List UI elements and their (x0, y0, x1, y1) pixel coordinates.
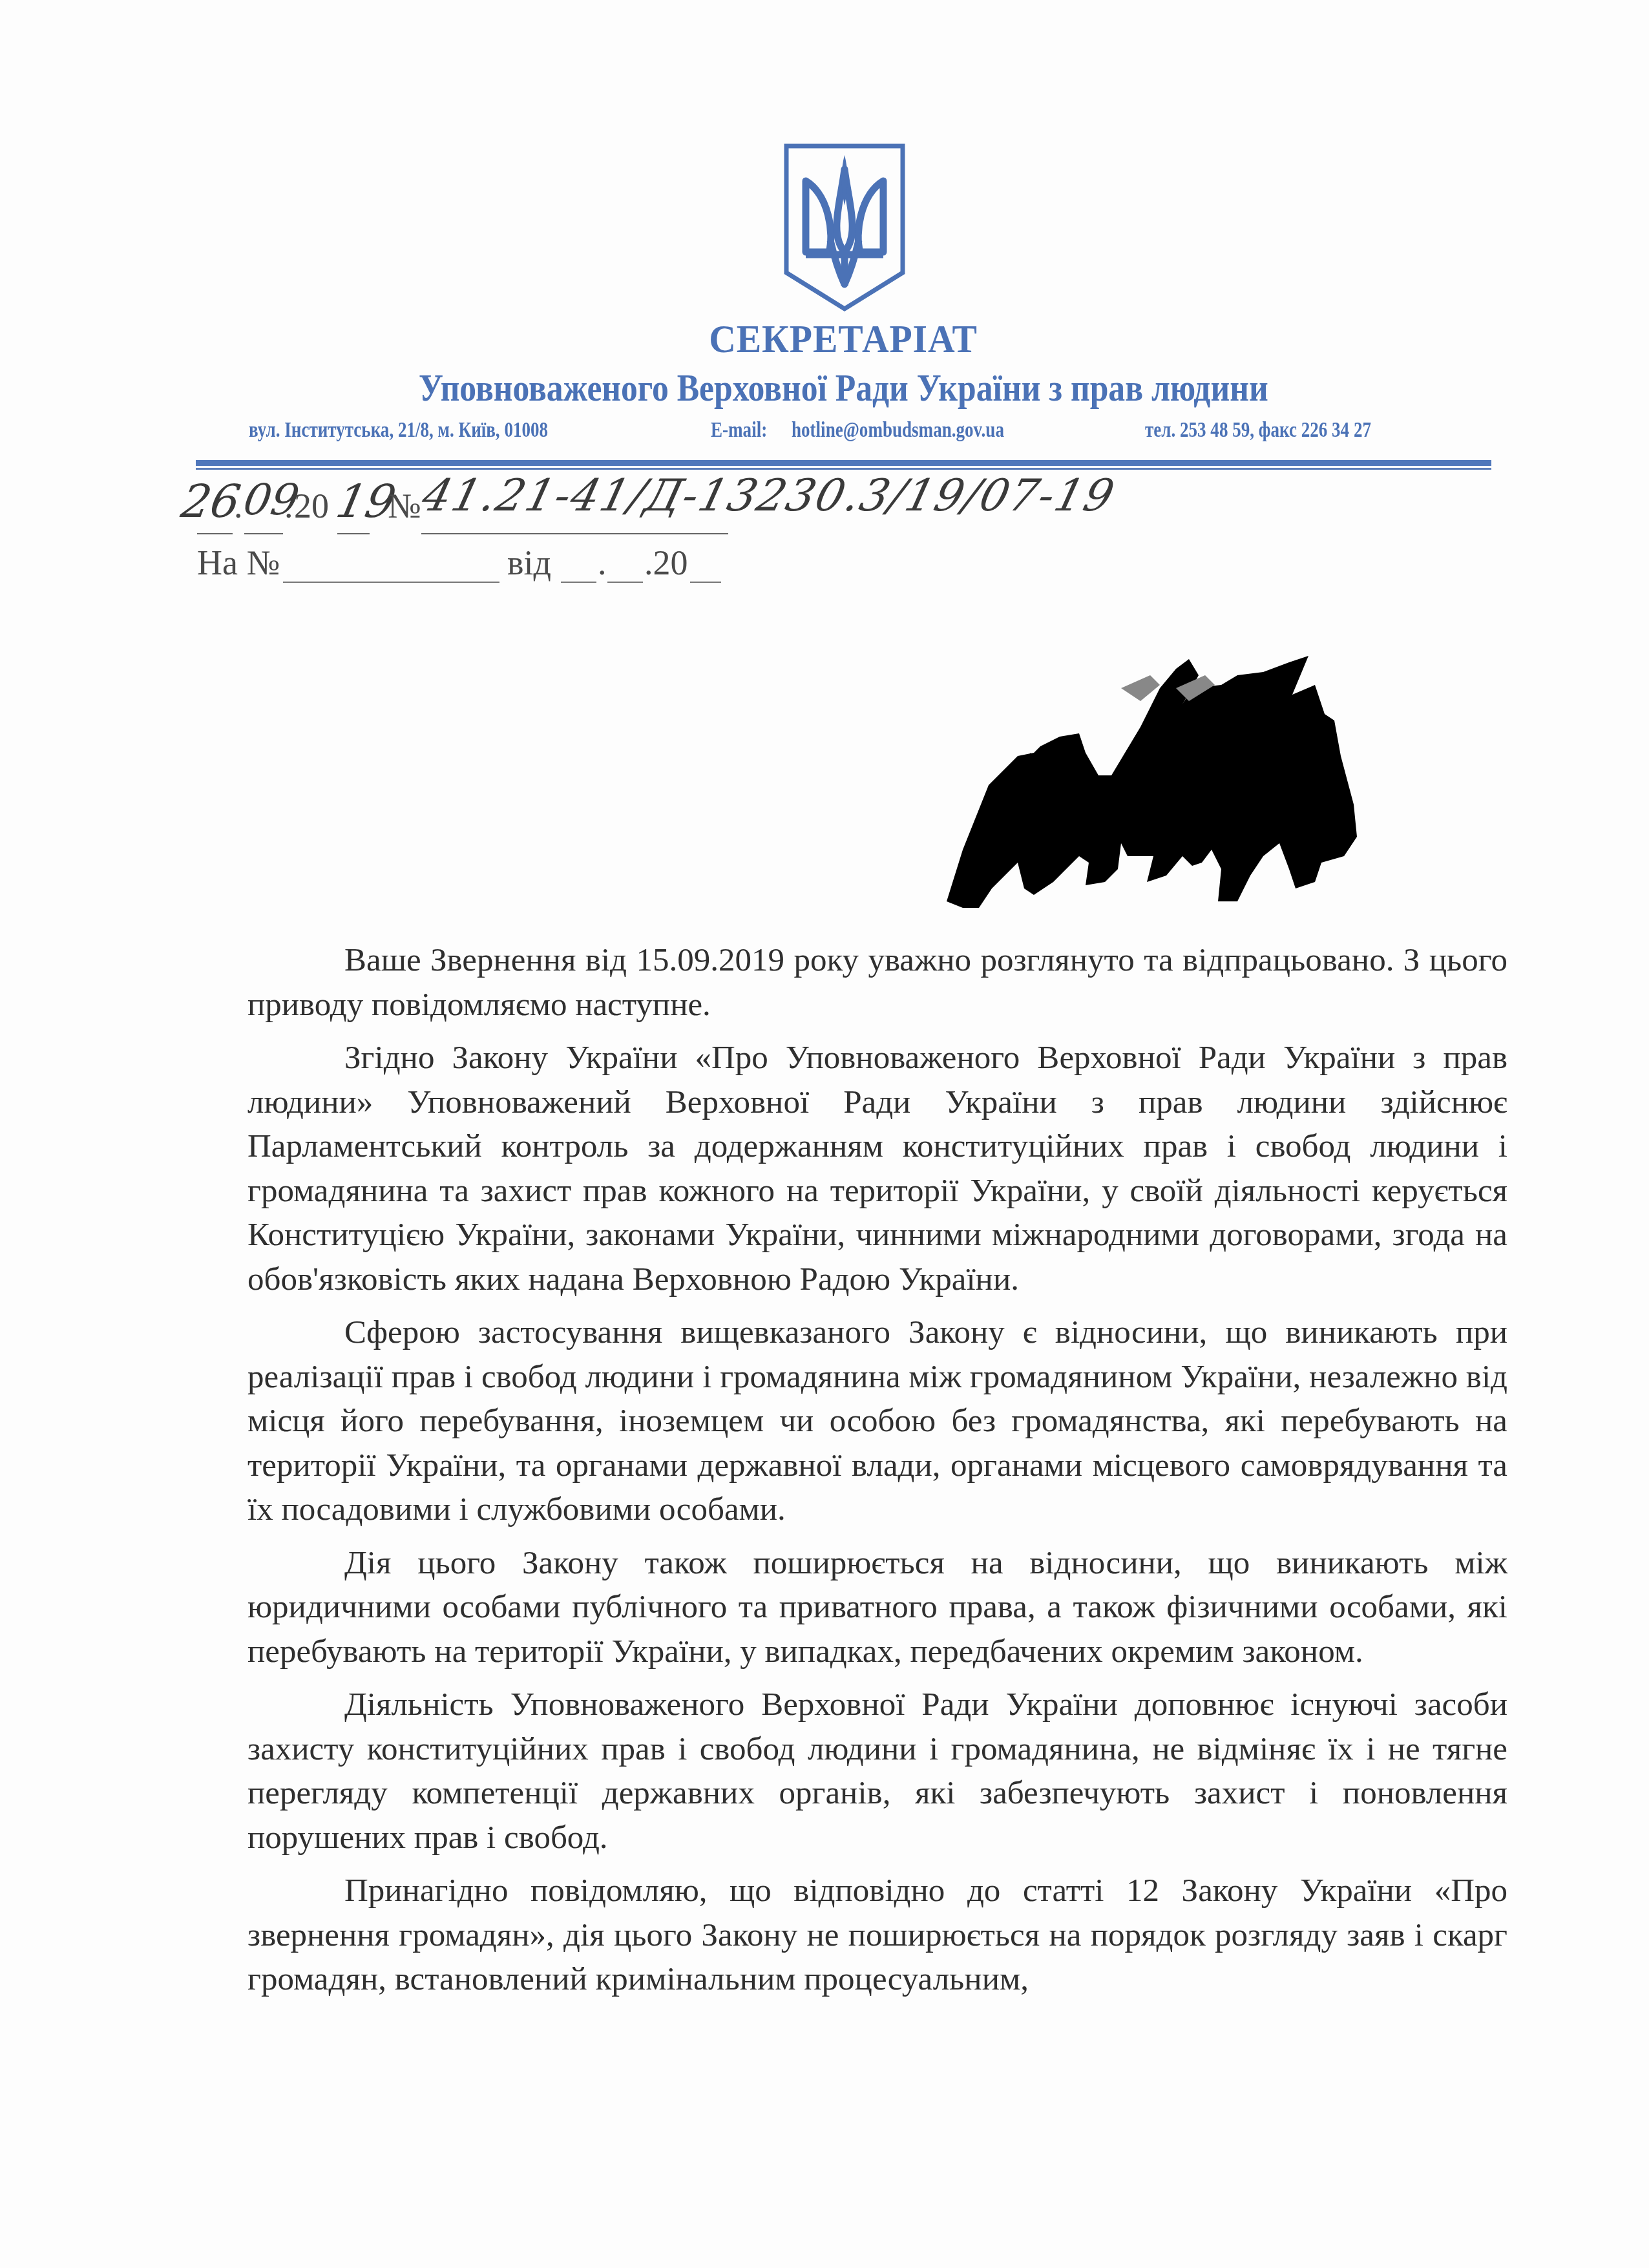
from-label: від (507, 543, 551, 583)
date-month-underline (244, 533, 283, 534)
body-paragraph: Ваше Звернення від 15.09.2019 року уважн… (247, 938, 1507, 1027)
body-paragraph: Діяльність Уповноваженого Верховної Ради… (247, 1683, 1507, 1860)
date-day-underline (197, 533, 233, 534)
letterhead-phones: тел. 253 48 59, факс 226 34 27 (1145, 419, 1371, 443)
reply-to-label: На № (197, 543, 280, 583)
from-dot: . (598, 543, 607, 583)
outgoing-number: 41.21-41/Д-13230.3/19/07-19 (417, 470, 1120, 521)
letterhead-email[interactable]: hotline@ombudsman.gov.ua (792, 419, 1004, 443)
letterhead-title: СЕКРЕТАРІАТ (59, 317, 1592, 362)
from-year-field (690, 582, 721, 583)
number-underline (421, 533, 728, 534)
body-paragraph: Сферою застосування вищевказаного Закону… (247, 1310, 1507, 1532)
number-sign: № (388, 486, 421, 526)
coat-of-arms-icon (784, 143, 905, 313)
header-rule-thin (196, 468, 1491, 470)
from-day-field (561, 582, 596, 583)
body-paragraph: Принагідно повідомляю, що відповідно до … (247, 1869, 1507, 2002)
letter-body: Ваше Звернення від 15.09.2019 року уважн… (247, 938, 1507, 2011)
date-year-underline (337, 533, 370, 534)
letterhead-address: вул. Інститутська, 21/8, м. Київ, 01008 (249, 419, 548, 443)
reply-to-number-field (283, 582, 499, 583)
from-year-prefix: .20 (644, 543, 688, 583)
header-rule-thick (196, 460, 1491, 466)
body-paragraph: Дія цього Закону також поширюється на ві… (247, 1541, 1507, 1674)
letterhead-email-label: E-mail: (711, 419, 767, 443)
letterhead-subtitle: Уповноваженого Верховної Ради України з … (0, 366, 1649, 410)
from-month-field (607, 582, 643, 583)
date-dot-2: . (284, 486, 293, 526)
redacted-recipient-block (927, 649, 1573, 914)
body-paragraph: Згідно Закону України «Про Уповноваженог… (247, 1036, 1507, 1301)
outgoing-date-year-prefix: 20 (294, 486, 329, 526)
